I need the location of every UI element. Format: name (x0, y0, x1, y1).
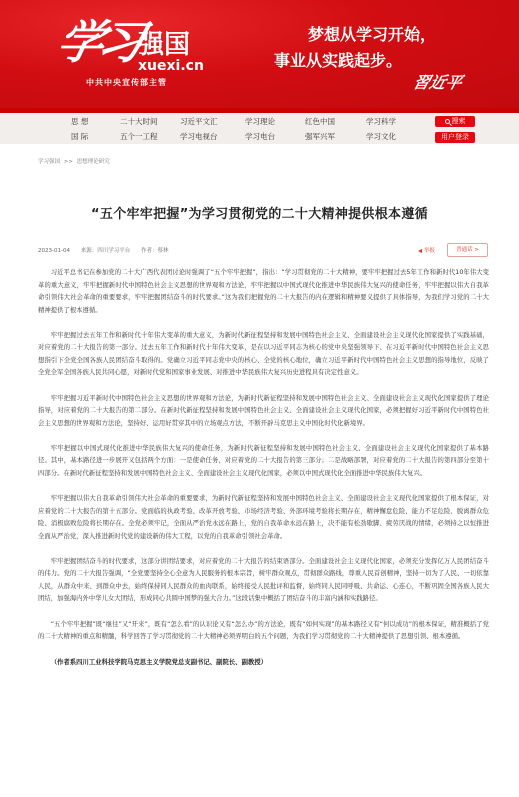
article-meta: 2023-01-04 来源：四川学习平台 作者：蔡林 (38, 246, 178, 254)
nav-item-study-culture[interactable]: 学习文化 (366, 132, 396, 142)
site-banner: 学习 强国 xuexi.cn 中共中央宣传部主管 梦想从学习开始， 事业从实践起… (0, 0, 519, 110)
breadcrumb: 学习强国 >> 思想理论研究 (38, 157, 110, 165)
article-author: 作者：蔡林 (141, 248, 169, 254)
article-source: 来源：四川学习平台 (81, 248, 131, 254)
search-button[interactable]: 搜索 (435, 116, 475, 127)
nav-item-international[interactable]: 国 际 (71, 132, 88, 142)
report-link[interactable]: 举报 (418, 246, 435, 254)
slogan-line-2: 事业从实践起步。 (274, 48, 402, 71)
nav-item-study-theory[interactable]: 学习理论 (245, 117, 275, 127)
nav-item-five-one-project[interactable]: 五个一工程 (120, 132, 158, 142)
login-button[interactable]: 用户登录 (435, 132, 475, 143)
logo-subtitle: 中共中央宣传部主管 (86, 77, 167, 88)
report-icon (418, 249, 422, 253)
paragraph: 习近平总书记在参加党的二十大广西代表团讨论时强调了“五个牢牢把握”，指出：“学习… (38, 267, 489, 317)
logo-url: xuexi.cn (138, 58, 204, 74)
nav-item-20th-congress-time[interactable]: 二十大时间 (120, 117, 158, 127)
breadcrumb-home[interactable]: 学习强国 (38, 159, 60, 165)
paragraph: 牢牢把握以中国式现代化推进中华民族伟大复兴的使命任务，为新时代新征程坚持和发展中… (38, 443, 489, 481)
slogan-line-1: 梦想从学习开始， (308, 22, 436, 45)
article-body: 习近平总书记在参加党的二十大广西代表团讨论时强调了“五个牢牢把握”，指出：“学习… (38, 267, 489, 682)
article-title: “五个牢牢把握”为学习贯彻党的二十大精神提供根本遵循 (0, 203, 519, 222)
paragraph: 牢牢把握过去五年工作和新时代十年伟大变革的重大意义，为新时代新征程坚持和发展中国… (38, 330, 489, 380)
nav-item-study-radio[interactable]: 学习电台 (245, 132, 275, 142)
main-nav: 思 想 二十大时间 习近平文汇 学习理论 红色中国 学习科学 国 际 五个一工程… (0, 113, 519, 144)
search-icon (445, 119, 450, 124)
nav-item-xi-collection[interactable]: 习近平文汇 (180, 117, 218, 127)
nav-item-strong-military[interactable]: 强军兴军 (305, 132, 335, 142)
breadcrumb-current[interactable]: 思想理论研究 (77, 159, 110, 165)
signature: 習近平 (411, 70, 465, 93)
publish-date: 2023-01-04 (38, 248, 70, 254)
author-note: （作者系四川工业科技学院马克思主义学院党总支副书记、副院长、副教授） (38, 657, 489, 670)
nav-item-study-science[interactable]: 学习科学 (366, 117, 396, 127)
nav-item-red-china[interactable]: 红色中国 (305, 117, 335, 127)
logo-calligraphy[interactable]: 学习 (52, 12, 145, 72)
nav-item-study-tv[interactable]: 学习电视台 (180, 132, 218, 142)
listen-mandarin-button[interactable]: 普通话 > (447, 243, 488, 257)
search-label: 搜索 (452, 117, 466, 125)
paragraph: 牢牢把握以伟大自我革命引领伟大社会革命的重要要求，为新时代新征程坚持和发展中国特… (38, 493, 489, 543)
paragraph: 牢牢把握团结奋斗的时代要求，这部分讲团结要求，对应着党的二十大报告的结束语部分。… (38, 556, 489, 606)
breadcrumb-separator: >> (64, 159, 73, 165)
report-label: 举报 (424, 248, 435, 254)
paragraph: “五个牢牢把握”既“继往”又“开来”，既有“怎么看”的认识论又有“怎么办”的方法… (38, 619, 489, 644)
nav-item-thought[interactable]: 思 想 (71, 117, 88, 127)
logo-text[interactable]: 强国 (138, 30, 190, 60)
paragraph: 牢牢把握习近平新时代中国特色社会主义思想的世界观和方法论，为新时代新征程坚持和发… (38, 393, 489, 431)
